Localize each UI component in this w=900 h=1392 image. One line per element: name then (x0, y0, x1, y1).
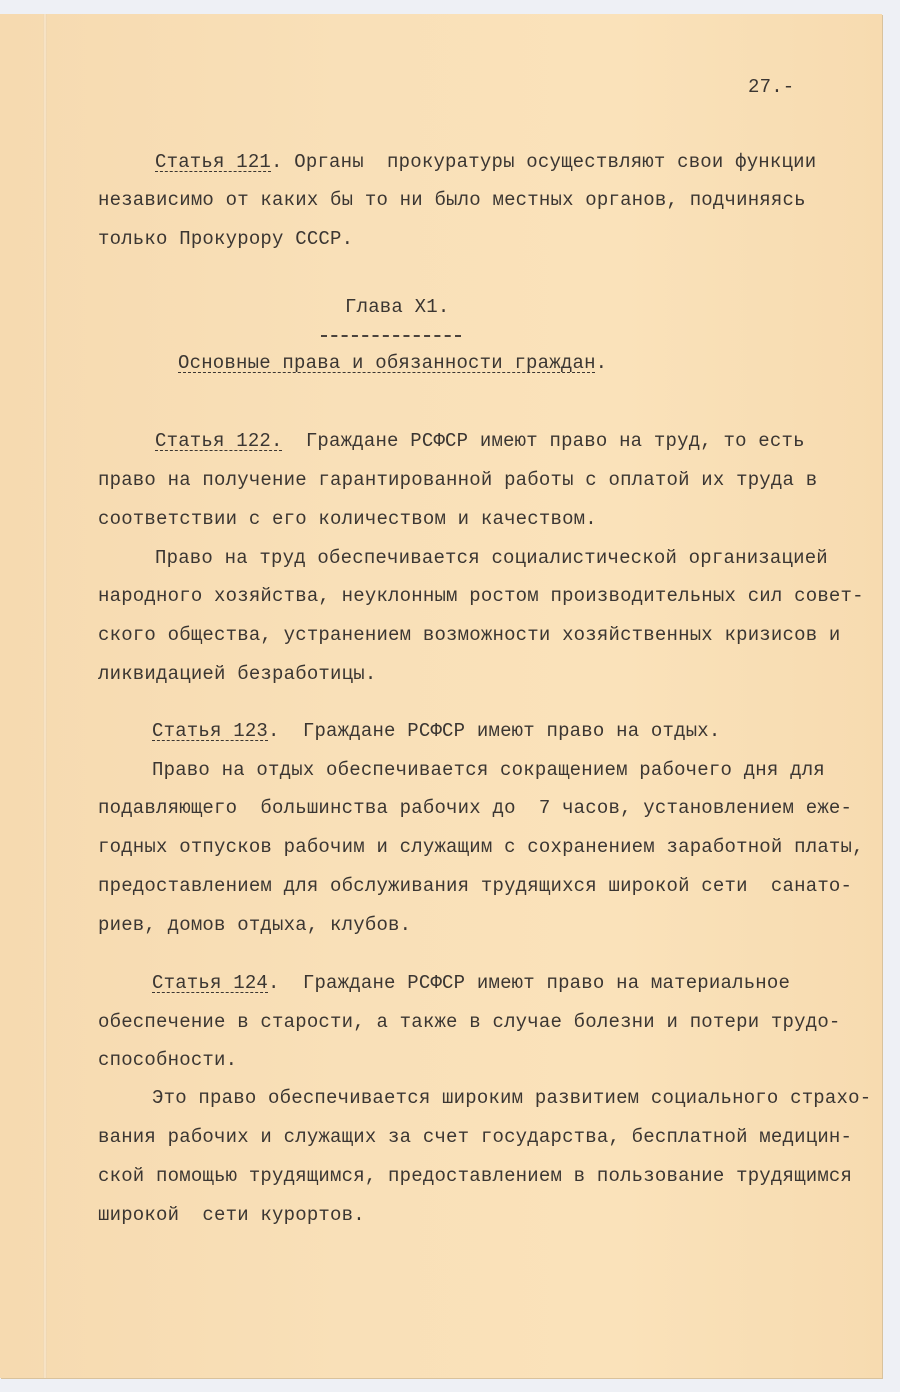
article-123-line: годных отпусков рабочим и служащим с сох… (98, 836, 864, 858)
article-122-line: соответствии с его количеством и качеств… (98, 508, 597, 530)
article-124-line: способности. (98, 1049, 237, 1071)
article-122-first-line: Статья 122. Граждане РСФСР имеют право н… (155, 430, 805, 452)
chapter-title-rule (321, 335, 461, 337)
article-124-first-line: Статья 124. Граждане РСФСР имеют право н… (152, 972, 790, 994)
chapter-title: Глава Х1. (345, 296, 449, 318)
page-fold-line (43, 14, 47, 1378)
article-123-line: Право на отдых обеспечивается сокращение… (152, 759, 825, 781)
article-122-line: народного хозяйства, неуклонным ростом п… (98, 585, 864, 607)
chapter-subtitle: Основные права и обязанности граждан. (178, 352, 607, 374)
document-page: 27.- Статья 121. Органы прокуратуры осущ… (0, 14, 882, 1378)
article-122-line: Право на труд обеспечивается социалистич… (155, 547, 828, 569)
article-123-text: . Граждане РСФСР имеют право на отдых. (268, 720, 720, 742)
article-123-line: риев, домов отдыха, клубов. (98, 914, 411, 936)
article-124-text: . Граждане РСФСР имеют право на материал… (268, 972, 790, 994)
article-121-text: . Органы прокуратуры осуществляют свои ф… (271, 151, 816, 173)
article-122-label: Статья 122. (155, 430, 283, 452)
article-121-label: Статья 121 (155, 151, 271, 173)
article-122-line: ского общества, устранением возможности … (98, 624, 841, 646)
article-123-line: подавляющего большинства рабочих до 7 ча… (98, 797, 852, 819)
article-123-label: Статья 123 (152, 720, 268, 742)
article-123-line: предоставлением для обслуживания трудящи… (98, 875, 852, 897)
article-121-line: только Прокурору СССР. (98, 228, 353, 250)
article-122-line: ликвидацией безработицы. (98, 663, 376, 685)
page-number: 27.- (748, 76, 794, 98)
article-124-line: широкой сети курортов. (98, 1204, 365, 1226)
article-123-first-line: Статья 123. Граждане РСФСР имеют право н… (152, 720, 721, 742)
article-124-line: вания рабочих и служащих за счет государ… (98, 1126, 852, 1148)
article-122-text: Граждане РСФСР имеют право на труд, то е… (283, 430, 805, 452)
article-121-first-line: Статья 121. Органы прокуратуры осуществл… (155, 151, 816, 173)
chapter-subtitle-period: . (596, 352, 608, 374)
article-124-line: Это право обеспечивается широким развити… (152, 1087, 871, 1109)
article-124-line: обеспечение в старости, а также в случае… (98, 1011, 841, 1033)
article-124-line: ской помощью трудящимся, предоставлением… (98, 1165, 852, 1187)
article-124-label: Статья 124 (152, 972, 268, 994)
article-122-line: право на получение гарантированной работ… (98, 469, 817, 491)
chapter-subtitle-text: Основные права и обязанности граждан (178, 352, 596, 374)
article-121-line: независимо от каких бы то ни было местны… (98, 189, 806, 211)
